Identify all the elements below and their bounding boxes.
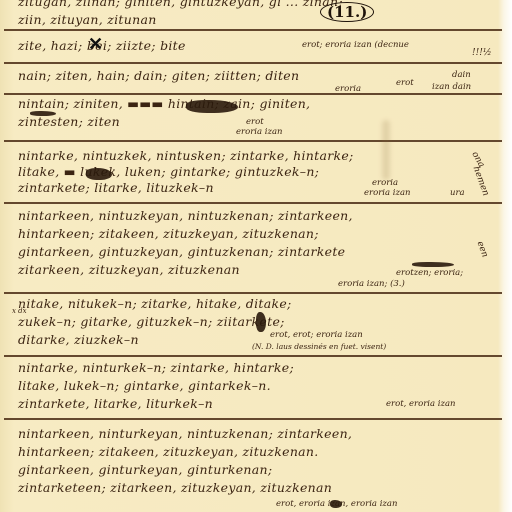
text-line: zitarkeen, zituzkeyan, zituzkenan bbox=[18, 262, 240, 277]
ink-blot bbox=[86, 168, 112, 180]
text-line: hintarkeen; zitakeen, zituzkeyan, zituzk… bbox=[18, 444, 319, 459]
annotation: erot, eroria izan bbox=[386, 399, 456, 409]
text-line: nain; ziten, hain; dain; giten; ziitten;… bbox=[18, 68, 299, 83]
text-line: zitugan, ziinan; giniten, gintuzkeyan, g… bbox=[18, 0, 343, 9]
text-line: nintarke, ninturkek–n; zintarke, hintark… bbox=[18, 360, 294, 375]
annotation: erot bbox=[396, 78, 414, 88]
cross-out-mark-icon: ✕ bbox=[88, 34, 103, 55]
annotation: ura bbox=[450, 188, 465, 198]
text-line: nitake, nitukek–n; zitarke, hitake, dita… bbox=[18, 296, 292, 311]
annotation: !!!½ bbox=[472, 48, 492, 58]
text-line: zintarkete, litarke, liturkek–n bbox=[18, 396, 213, 411]
divider bbox=[4, 202, 502, 204]
text-line: nintarkeen, ninturkeyan, nintuzkenan; zi… bbox=[18, 426, 352, 441]
text-line: nintarkeen, nintuzkeyan, nintuzkenan; zi… bbox=[18, 208, 353, 223]
text-line: litake, lukek–n; gintarke, gintarkek–n. bbox=[18, 378, 271, 393]
text-line: nintarke, nintuzkek, nintusken; zintarke… bbox=[18, 148, 354, 163]
text-line: nintain; ziniten, ▬▬▬ hintain; zain; gin… bbox=[18, 96, 310, 111]
divider bbox=[4, 93, 502, 95]
text-line: zintarkete; litarke, lituzkek–n bbox=[18, 180, 214, 195]
text-line: gintarkeen, ginturkeyan, ginturkenan; bbox=[18, 462, 272, 477]
ink-blot bbox=[186, 100, 238, 113]
divider bbox=[4, 140, 502, 142]
ink-blot bbox=[330, 500, 342, 508]
divider bbox=[4, 29, 502, 31]
annotation: erot bbox=[246, 117, 264, 127]
annotation: erotzen; eroria; bbox=[396, 268, 463, 278]
text-line: gintarkeen, gintuzkeyan, gintuzkenan; zi… bbox=[18, 244, 345, 259]
annotation: eroria bbox=[372, 178, 398, 188]
divider bbox=[4, 418, 502, 420]
margin-note: een bbox=[475, 240, 490, 259]
text-line: zintarketeen; zitarkeen, zituzkeyan, zit… bbox=[18, 480, 332, 495]
annotation: (N. D. laus dessinés en fuet. visent) bbox=[252, 342, 386, 351]
text-line: litake, ▬ lukek, luken; gintarke; gintuz… bbox=[18, 164, 319, 179]
text-line: zintesten; ziten bbox=[18, 114, 120, 129]
manuscript-page: zitugan, ziinan; giniten, gintuzkeyan, g… bbox=[0, 0, 512, 512]
page-marker: (11.) bbox=[320, 2, 374, 22]
divider bbox=[4, 355, 502, 357]
text-line: ziin, zituyan, zitunan bbox=[18, 12, 157, 27]
text-line: zukek–n; gitarke, gituzkek–n; ziitarkete… bbox=[18, 314, 285, 329]
annotation: izan dain bbox=[432, 82, 471, 92]
text-line: hintarkeen; zitakeen, zituzkeyan, zituzk… bbox=[18, 226, 319, 241]
annotation: eroria izan; (3.) bbox=[338, 279, 405, 289]
divider bbox=[4, 292, 502, 294]
ink-blot bbox=[256, 312, 266, 332]
annotation: eroria izan bbox=[364, 188, 411, 198]
annotation: erot; eroria izan (decnue bbox=[302, 40, 409, 50]
annotation: dain bbox=[452, 70, 471, 80]
annotation: erot, erot; eroria izan bbox=[270, 330, 363, 340]
divider bbox=[4, 62, 502, 64]
text-line: ditarke, ziuzkek–n bbox=[18, 332, 139, 347]
margin-note: hemen bbox=[471, 165, 491, 197]
strike-through bbox=[412, 262, 454, 267]
annotation: eroria izan bbox=[236, 127, 283, 137]
